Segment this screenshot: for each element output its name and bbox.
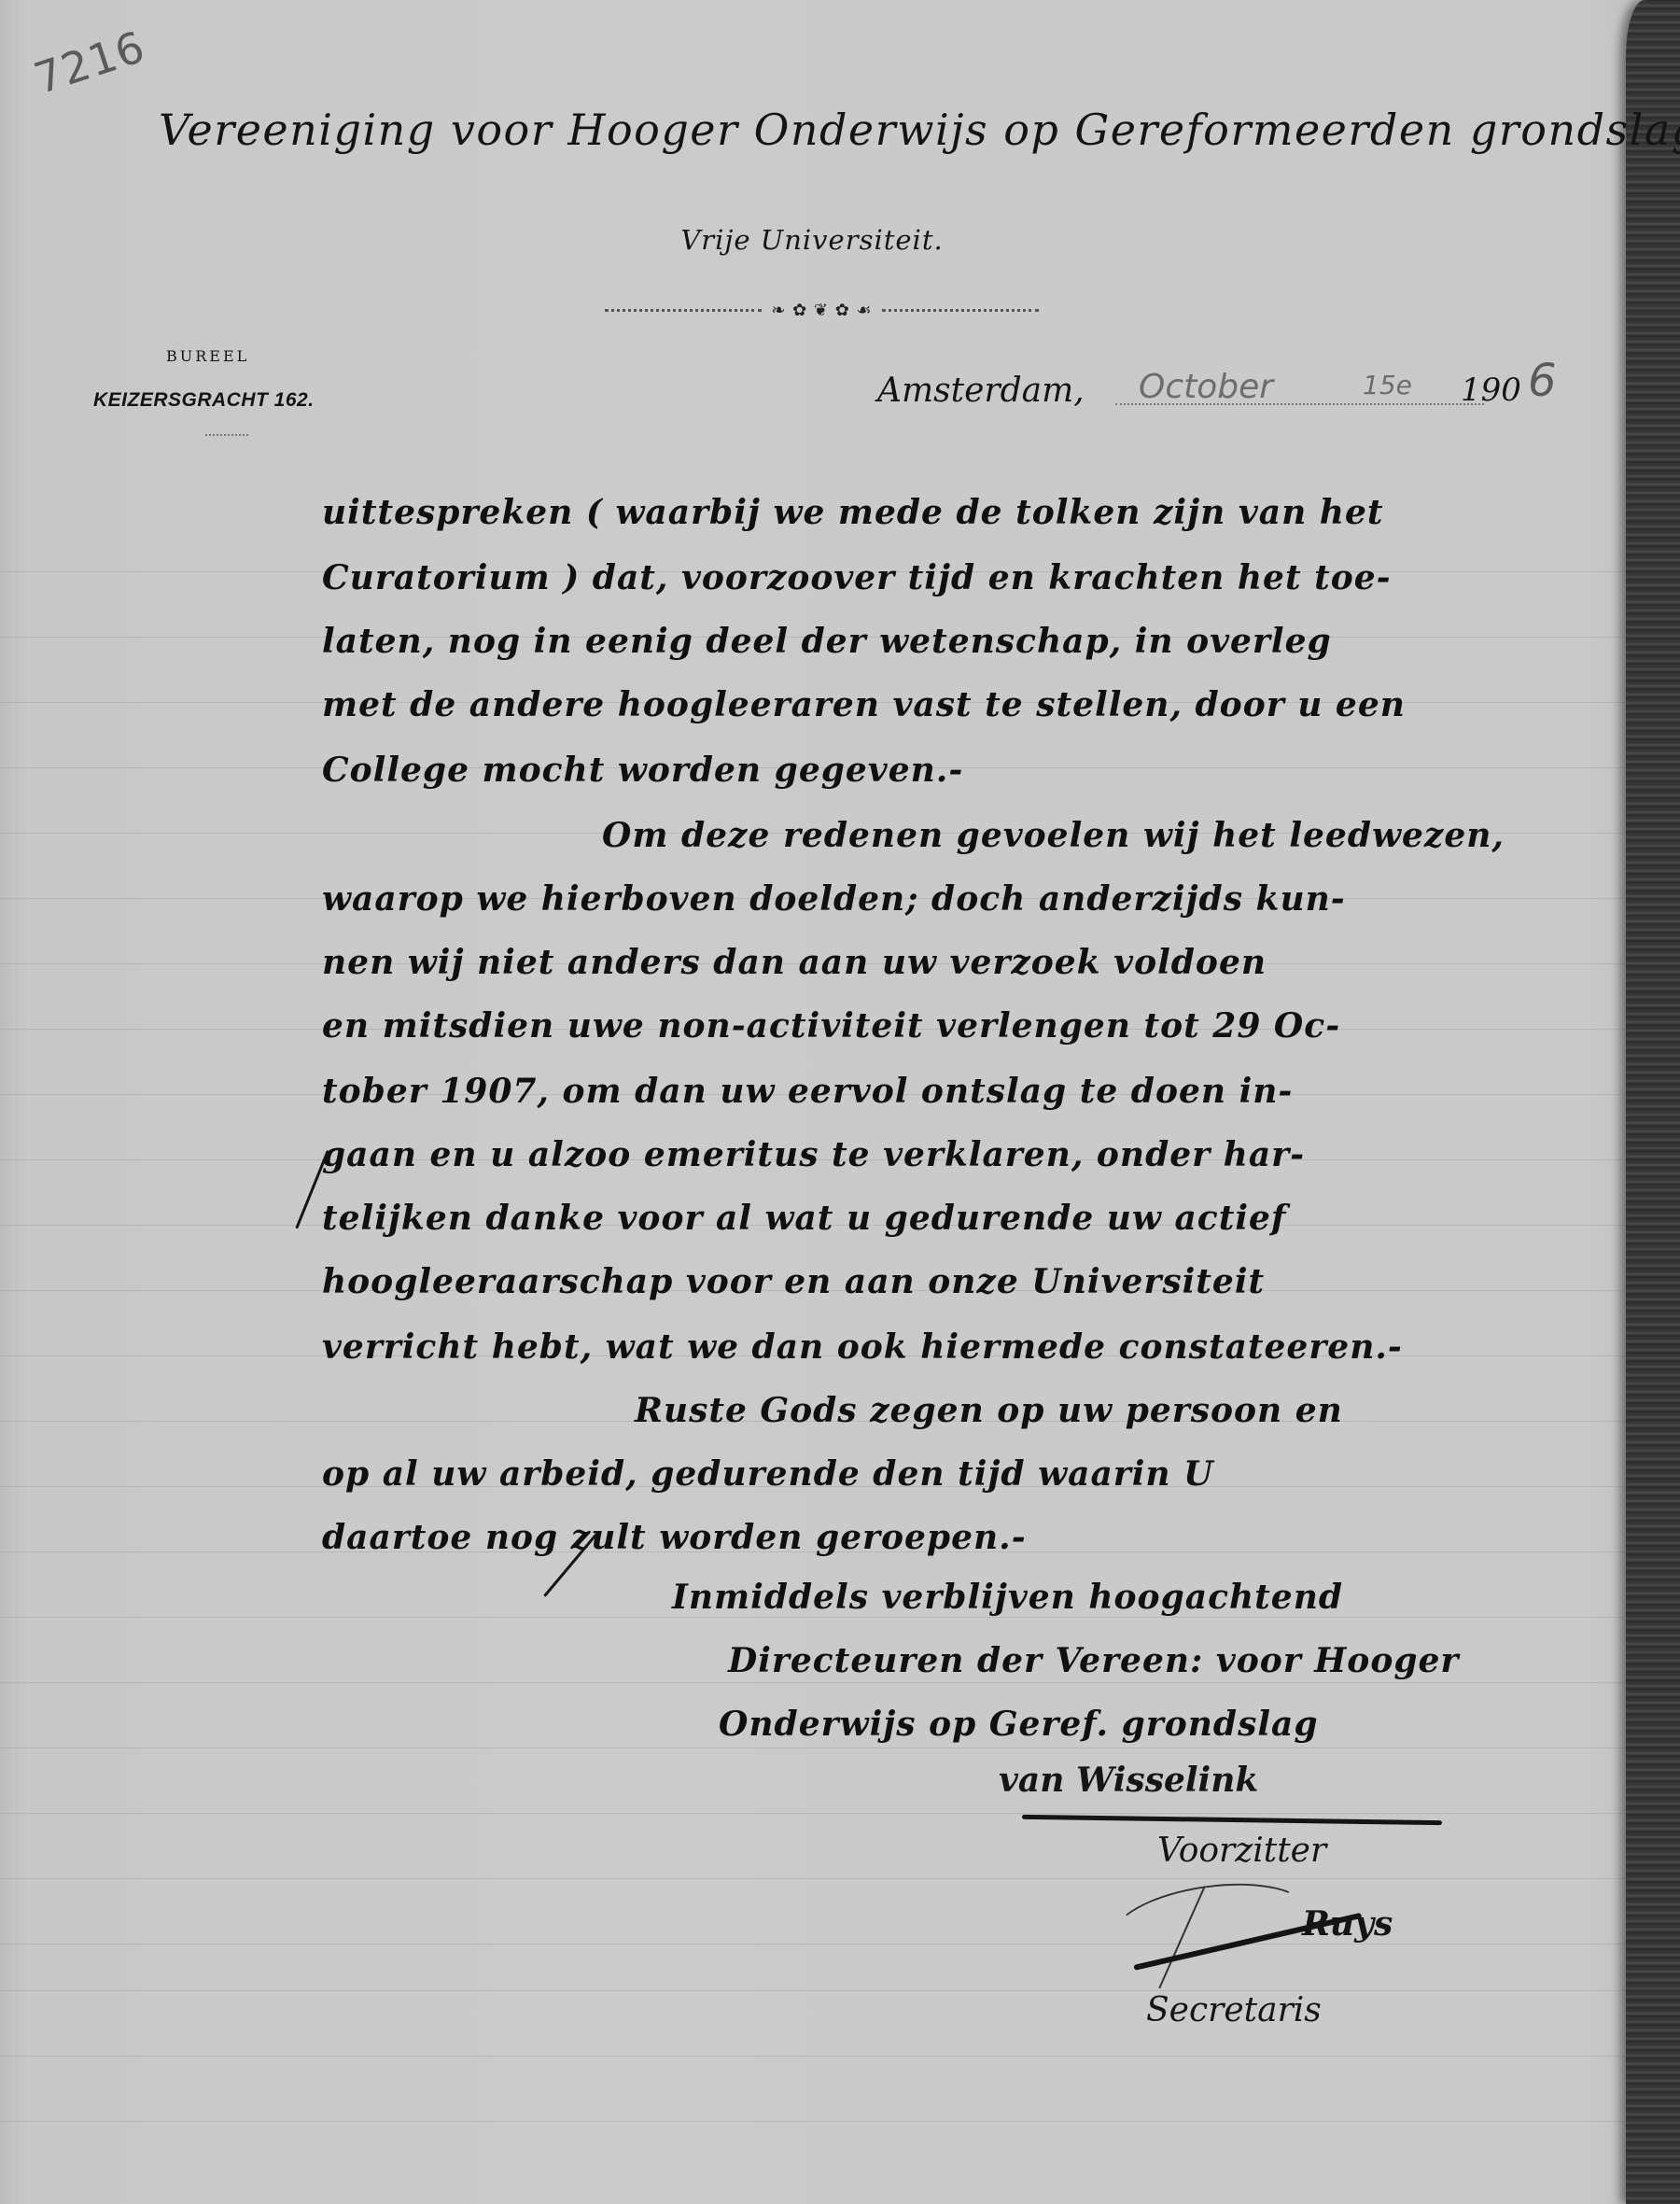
body-line: laten, nog in eenig deel der wetenschap,… — [322, 622, 1332, 678]
dateline-month: October — [1139, 368, 1273, 406]
ruled-line — [0, 1748, 1629, 1748]
dateline: Amsterdam, October 15e 190 6 — [877, 372, 1587, 418]
body-line: hoogleeraarschap voor en aan onze Univer… — [322, 1262, 1265, 1318]
body-line: gaan en u alzoo emeritus te verklaren, o… — [322, 1135, 1305, 1191]
address-divider — [205, 434, 248, 436]
body-line: daartoe nog zult worden geroepen.- — [322, 1518, 1027, 1574]
ruled-line — [0, 2056, 1629, 2057]
closing-directors-line: Directeuren der Vereen: voor Hooger — [728, 1641, 1459, 1680]
body-line: tober 1907, om dan uw eervol ontslag te … — [322, 1072, 1293, 1128]
ruled-line — [0, 1944, 1629, 1944]
dateline-city: Amsterdam, — [877, 372, 1085, 410]
letterhead-ornament: ❧ ✿ ❦ ✿ ☙ — [605, 303, 1039, 316]
ruled-line — [0, 2121, 1629, 2122]
dotted-rule — [605, 309, 762, 312]
university-name: Vrije Universiteit. — [680, 224, 943, 256]
body-line: en mitsdien uwe non-activiteit verlengen… — [322, 1006, 1340, 1062]
body-line: telijken danke voor al wat u gedurende u… — [322, 1199, 1286, 1255]
dateline-year-handwritten: 6 — [1528, 355, 1557, 407]
office-address: KEIZERSGRACHT 162. — [93, 389, 315, 412]
body-line: Om deze redenen gevoelen wij het leedwez… — [602, 816, 1505, 872]
body-line: op al uw arbeid, gedurende den tijd waar… — [322, 1454, 1214, 1510]
body-line: nen wij niet anders dan aan uw verzoek v… — [322, 943, 1267, 999]
body-line: Ruste Gods zegen op uw persoon en — [635, 1391, 1343, 1447]
body-line: Curatorium ) dat, voorzoover tijd en kra… — [322, 558, 1392, 614]
letterhead-title: Vereeniging voor Hooger Onderwijs op Ger… — [159, 105, 1503, 155]
body-line: waarop we hierboven doelden; doch anderz… — [322, 879, 1346, 935]
secretary-title: Secretaris — [1146, 1991, 1322, 2029]
closing-salutation: Inmiddels verblijven hoogachtend — [672, 1578, 1343, 1617]
ruled-line — [0, 1682, 1629, 1683]
ruled-line — [0, 1878, 1629, 1879]
office-label: BUREEL — [166, 347, 249, 365]
dotted-rule — [882, 309, 1039, 312]
floral-ornament-icon: ❧ ✿ ❦ ✿ ☙ — [762, 301, 881, 320]
chair-signature: van Wisselink — [999, 1761, 1258, 1800]
binding-edge — [1626, 0, 1680, 2204]
body-line: verricht hebt, wat we dan ook hiermede c… — [322, 1327, 1403, 1383]
body-line: met de andere hoogleeraren vast te stell… — [322, 685, 1406, 741]
dateline-year-printed: 190 — [1461, 372, 1521, 409]
dateline-day: 15e — [1363, 370, 1412, 400]
body-line: College mocht worden gegeven.- — [322, 751, 963, 807]
closing-association-line: Onderwijs op Geref. grondslag — [719, 1705, 1319, 1744]
body-line: uittespreken ( waarbij we mede de tolken… — [322, 493, 1383, 549]
ruled-line — [0, 1813, 1629, 1814]
letterhead-subtitle: Vrije Universiteit. — [0, 224, 1680, 256]
ruled-line — [0, 1990, 1629, 1991]
chair-title: Voorzitter — [1157, 1832, 1326, 1870]
ruled-line — [0, 1617, 1629, 1618]
